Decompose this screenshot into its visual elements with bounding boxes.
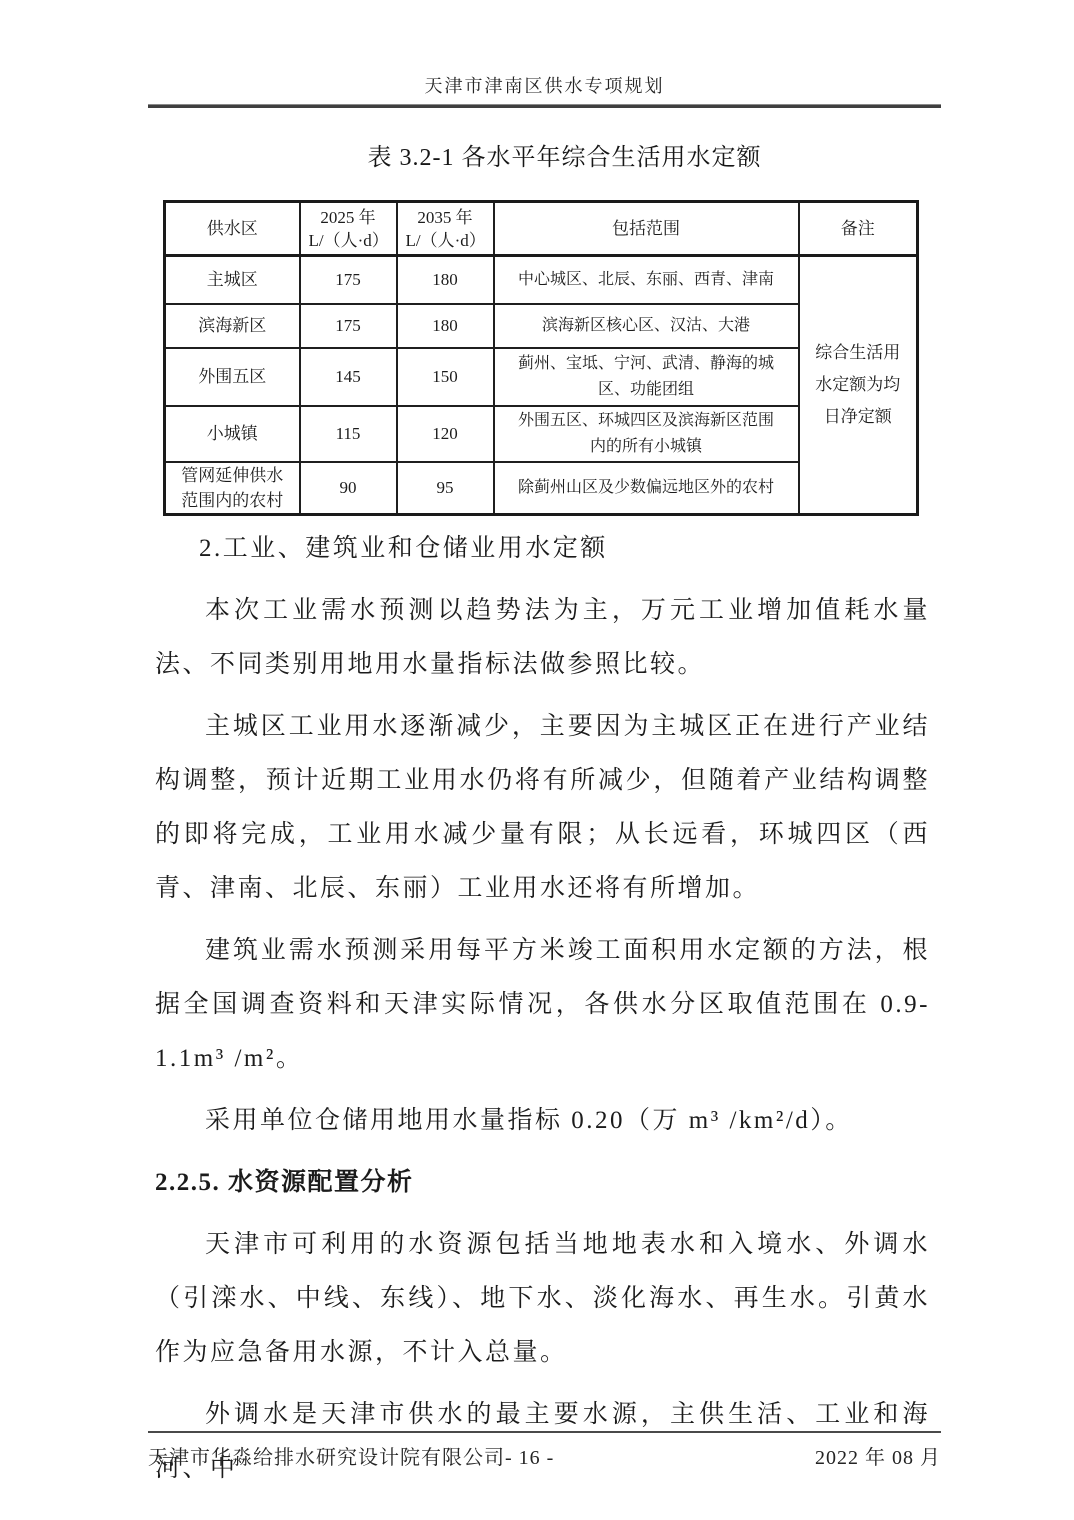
- cell-remark-merged: 综合生活用水定额为均日净定额: [799, 256, 918, 515]
- cell-2035-value: 120: [397, 406, 494, 462]
- col-header-2025: 2025 年 L/（人·d）: [300, 202, 397, 256]
- cell-scope: 蓟州、宝坻、宁河、武清、静海的城区、功能团组: [494, 348, 799, 406]
- cell-area: 小城镇: [165, 406, 300, 462]
- cell-area: 外围五区: [165, 348, 300, 406]
- cell-scope: 中心城区、北辰、东丽、西青、津南: [494, 256, 799, 304]
- paragraph-industry-forecast: 本次工业需水预测以趋势法为主，万元工业增加值耗水量法、不同类别用地用水量指标法做…: [155, 584, 930, 692]
- cell-2025-value: 90: [300, 462, 397, 515]
- cell-2035-value: 180: [397, 256, 494, 304]
- cell-2025-value: 175: [300, 304, 397, 348]
- document-page: 天津市津南区供水专项规划 表 3.2-1 各水平年综合生活用水定额 供水区 20…: [0, 0, 1074, 1520]
- document-body: 2.工业、建筑业和仓储业用水定额 本次工业需水预测以趋势法为主，万元工业增加值耗…: [155, 522, 930, 1504]
- cell-2035-value: 95: [397, 462, 494, 515]
- footer-company-and-page: 天津市华淼给排水研究设计院有限公司- 16 -: [148, 1441, 554, 1470]
- col-header-2025-year: 2025 年: [309, 206, 388, 229]
- cell-2035-value: 150: [397, 348, 494, 406]
- list-heading-industry-quota: 2.工业、建筑业和仓储业用水定额: [155, 522, 930, 576]
- page-header-title: 天津市津南区供水专项规划: [148, 72, 941, 98]
- table-row: 主城区 175 180 中心城区、北辰、东丽、西青、津南 综合生活用水定额为均日…: [165, 256, 918, 304]
- cell-scope: 外围五区、环城四区及滨海新区范围内的所有小城镇: [494, 406, 799, 462]
- paragraph-construction-quota: 建筑业需水预测采用每平方米竣工面积用水定额的方法，根据全国调查资料和天津实际情况…: [155, 924, 930, 1086]
- col-header-scope: 包括范围: [494, 202, 799, 256]
- cell-scope: 滨海新区核心区、汉沽、大港: [494, 304, 799, 348]
- paragraph-main-city-industry: 主城区工业用水逐渐减少，主要因为主城区正在进行产业结构调整，预计近期工业用水仍将…: [155, 700, 930, 916]
- table-title: 表 3.2-1 各水平年综合生活用水定额: [148, 137, 941, 172]
- col-header-2035-unit: L/（人·d）: [406, 229, 485, 252]
- cell-area: 主城区: [165, 256, 300, 304]
- paragraph-water-resources: 天津市可利用的水资源包括当地地表水和入境水、外调水（引滦水、中线、东线）、地下水…: [155, 1218, 930, 1380]
- paragraph-warehouse-quota: 采用单位仓储用地用水量指标 0.20（万 m³ /km²/d）。: [155, 1094, 930, 1148]
- footer-divider: [148, 1431, 941, 1433]
- page-footer: 天津市华淼给排水研究设计院有限公司- 16 - 2022 年 08 月: [148, 1431, 941, 1470]
- col-header-area: 供水区: [165, 202, 300, 256]
- cell-2025-value: 115: [300, 406, 397, 462]
- col-header-remark: 备注: [799, 202, 918, 256]
- col-header-2035: 2035 年 L/（人·d）: [397, 202, 494, 256]
- header-divider: [148, 105, 941, 108]
- footer-page-number: - 16 -: [505, 1447, 554, 1469]
- footer-date: 2022 年 08 月: [815, 1441, 941, 1470]
- cell-2025-value: 175: [300, 256, 397, 304]
- cell-area: 管网延伸供水范围内的农村: [165, 462, 300, 515]
- table-header-row: 供水区 2025 年 L/（人·d） 2035 年 L/（人·d） 包括范围 备…: [165, 202, 918, 256]
- water-quota-table: 供水区 2025 年 L/（人·d） 2035 年 L/（人·d） 包括范围 备…: [163, 200, 919, 516]
- page-header: 天津市津南区供水专项规划: [148, 72, 941, 108]
- col-header-2025-unit: L/（人·d）: [309, 229, 388, 252]
- footer-company: 天津市华淼给排水研究设计院有限公司: [148, 1447, 505, 1469]
- cell-scope: 除蓟州山区及少数偏远地区外的农村: [494, 462, 799, 515]
- col-header-2035-year: 2035 年: [406, 206, 485, 229]
- section-heading-water-resource: 2.2.5. 水资源配置分析: [155, 1156, 930, 1210]
- cell-2025-value: 145: [300, 348, 397, 406]
- cell-area: 滨海新区: [165, 304, 300, 348]
- cell-2035-value: 180: [397, 304, 494, 348]
